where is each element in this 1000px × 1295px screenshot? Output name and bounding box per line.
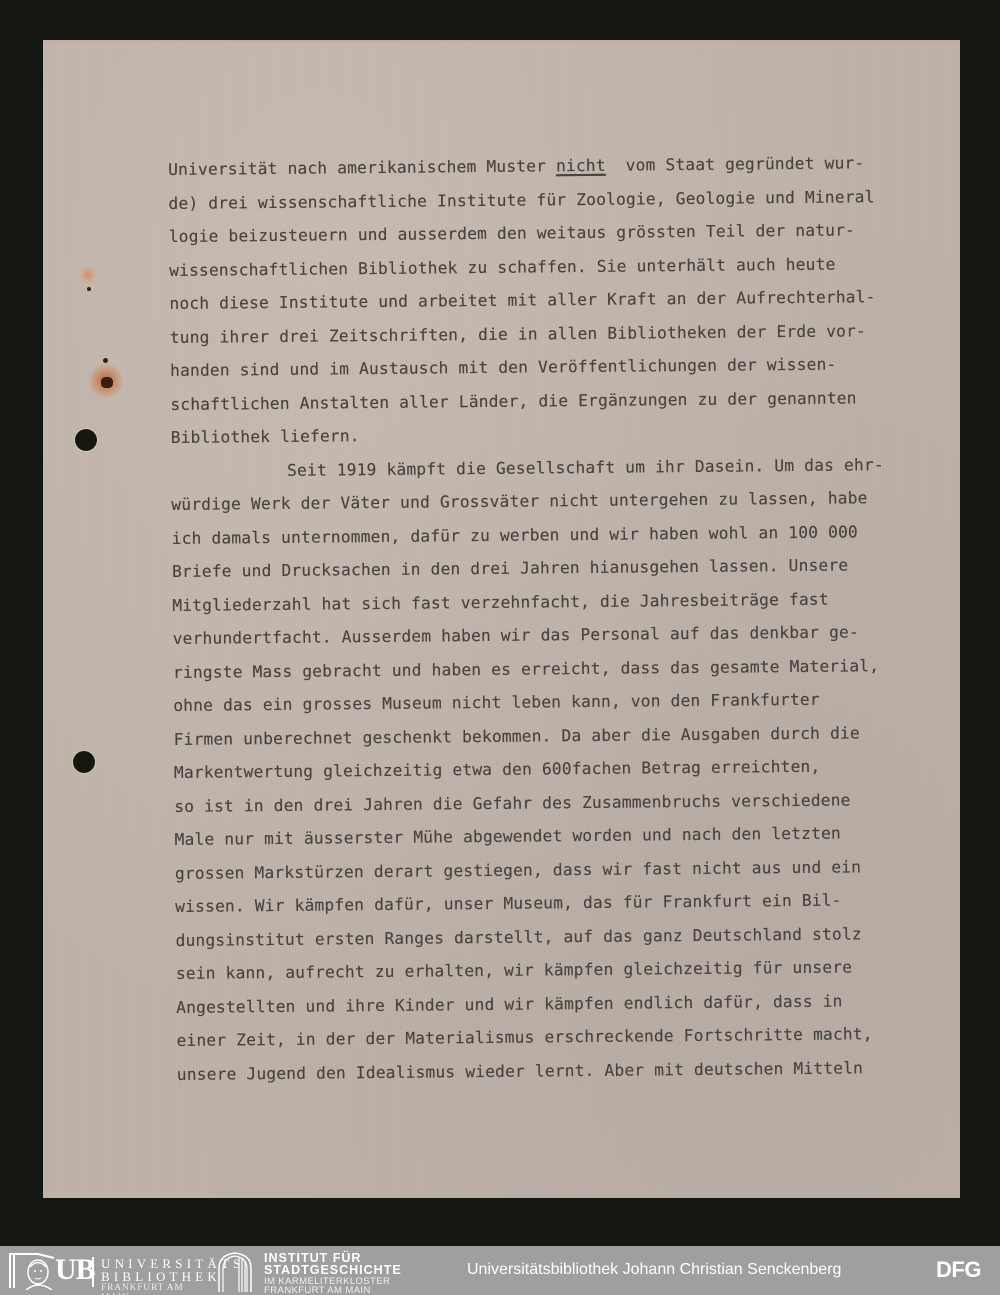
text-line: Mitgliederzahl hat sich fast verzehnfach… <box>172 589 829 615</box>
text-line: dungsinstitut ersten Ranges darstellt, a… <box>175 924 861 951</box>
text-line: so ist in den drei Jahren die Gefahr des… <box>174 790 850 816</box>
document-page: Universität nach amerikanischem Muster n… <box>43 40 960 1198</box>
text-line: unsere Jugend den Idealismus wieder lern… <box>177 1058 863 1085</box>
goethe-portrait-icon <box>8 1252 56 1290</box>
text-line: einer Zeit, in der der Materialismus ers… <box>176 1024 872 1051</box>
paragraph-start-line: Seit 1919 kämpft die Gesellschaft um ihr… <box>287 455 884 481</box>
logo-divider <box>92 1257 94 1287</box>
text-line: de) drei wissenschaftliche Institute für… <box>168 187 874 214</box>
stain-dot <box>101 377 113 388</box>
text-line: schaftlichen Anstalten aller Länder, die… <box>170 388 856 415</box>
text-line: wissenschaftlichen Bibliothek zu schaffe… <box>169 254 836 280</box>
text-line: Briefe und Drucksachen in den drei Jahre… <box>172 555 848 581</box>
rust-stain <box>79 266 97 284</box>
isg-subtitle-line2: FRANKFURT AM MAIN <box>264 1286 371 1295</box>
text-line: ringste Mass gebracht und haben es errei… <box>173 656 879 683</box>
ub-text-line2: BIBLIOTHEK <box>101 1270 221 1283</box>
text-line: sein kann, aufrecht zu erhalten, wir käm… <box>176 957 852 983</box>
punch-hole <box>73 751 95 773</box>
dfg-logo[interactable]: DFG <box>936 1258 981 1282</box>
text-line: tung ihrer drei Zeitschriften, die in al… <box>170 321 866 348</box>
isg-logo[interactable]: INSTITUT FÜR STADTGESCHICHTE IM KARMELIT… <box>214 1250 414 1292</box>
ub-letters: UB <box>55 1255 95 1285</box>
ub-text-line3: FRANKFURT AM MAIN <box>101 1283 204 1295</box>
text-line: handen sind und im Austausch mit den Ver… <box>170 355 837 381</box>
footer-title: Universitätsbibliothek Johann Christian … <box>467 1260 841 1280</box>
punch-hole <box>75 429 97 451</box>
text-line: Markentwertung gleichzeitig etwa den 600… <box>174 757 821 783</box>
text-line: ich damals unternommen, dafür zu werben … <box>172 522 858 549</box>
stain-dot <box>87 287 91 291</box>
text-line: würdige Werk der Väter und Grossväter ni… <box>171 488 867 515</box>
line-text: vom Staat gegründet wur- <box>606 153 865 174</box>
ub-logo[interactable]: UB UNIVERSITÄTS BIBLIOTHEK FRANKFURT AM … <box>4 1250 204 1292</box>
text-line: Firmen unberechnet geschenkt bekommen. D… <box>174 723 860 750</box>
typewritten-text: Universität nach amerikanischem Muster n… <box>168 144 958 152</box>
footer-bar: UB UNIVERSITÄTS BIBLIOTHEK FRANKFURT AM … <box>0 1246 1000 1295</box>
text-line: grossen Markstürzen derart gestiegen, da… <box>175 857 861 884</box>
line-text: Universität nach amerikanischem Muster <box>168 156 556 179</box>
underlined-word: nicht <box>556 156 606 175</box>
text-line: Universität nach amerikanischem Muster n… <box>168 153 864 180</box>
paper-edge <box>43 40 960 43</box>
text-line: noch diese Institute und arbeitet mit al… <box>169 287 875 314</box>
stain-dot <box>103 358 108 363</box>
text-line: verhundertfacht. Ausserdem haben wir das… <box>173 622 859 649</box>
text-line: wissen. Wir kämpfen dafür, unser Museum,… <box>175 891 842 917</box>
text-line: Bibliothek liefern. <box>171 426 360 448</box>
text-line: Male nur mit äusserster Mühe abgewendet … <box>175 824 842 850</box>
scan-background: Universität nach amerikanischem Muster n… <box>0 0 1000 1246</box>
text-line: Angestellten und ihre Kinder und wir käm… <box>176 991 843 1017</box>
text-line: ohne das ein grosses Museum nicht leben … <box>173 690 820 716</box>
gothic-arch-icon <box>216 1252 254 1292</box>
text-line: logie beizusteuern und ausserdem den wei… <box>169 220 855 247</box>
